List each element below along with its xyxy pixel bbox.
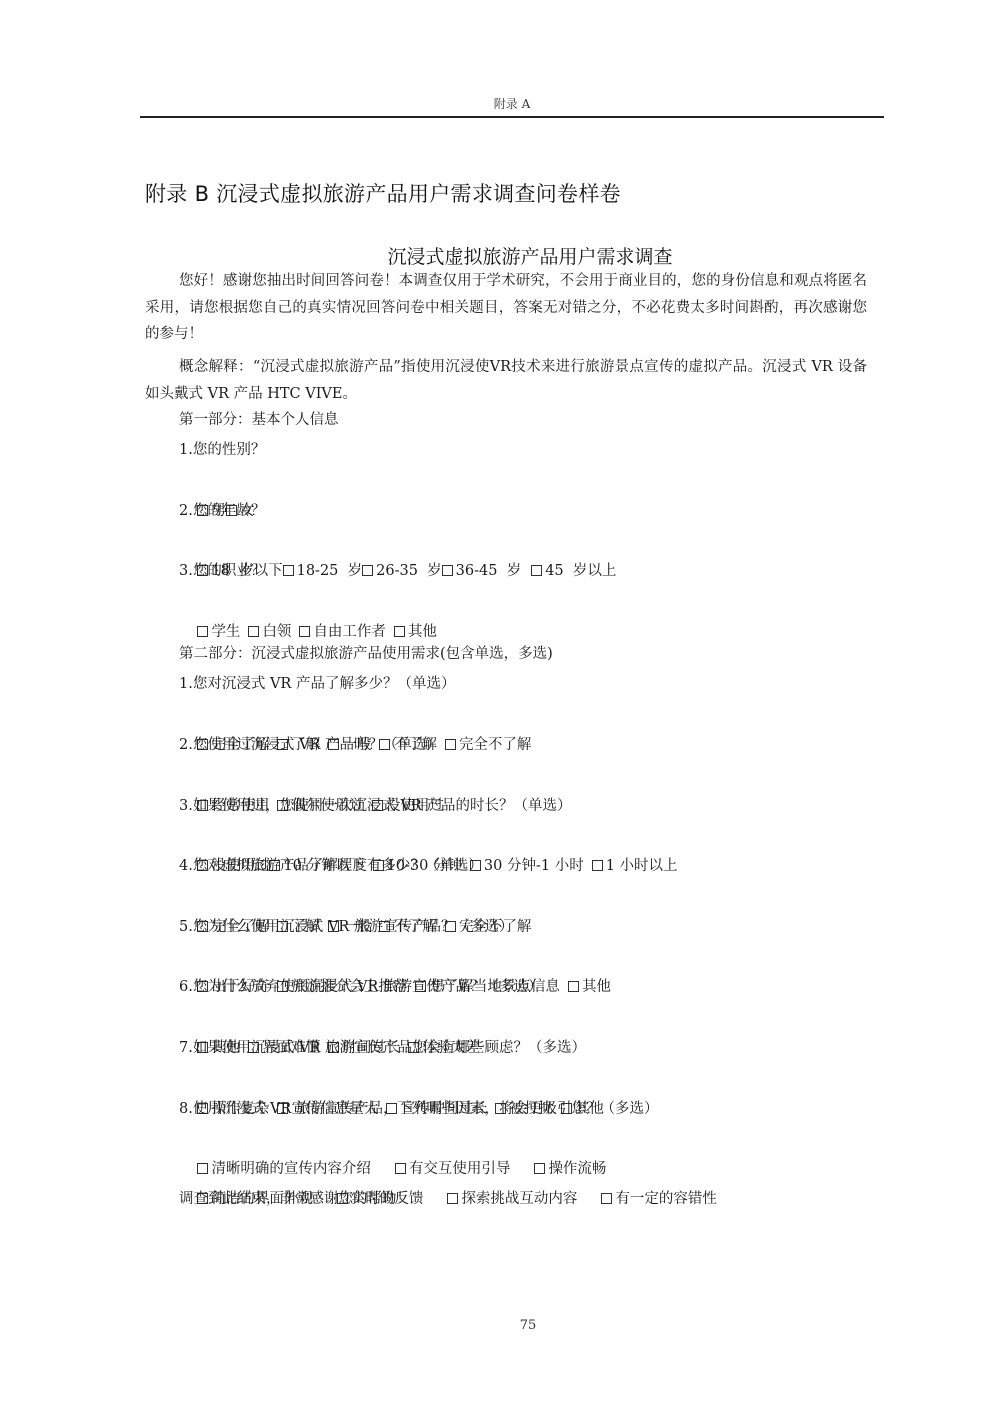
question: 6.您为什么放弃使用沉浸式 VR 旅游宣传产品？（多选） bbox=[179, 972, 725, 1002]
options-row: 学生白领自由工作者其他 bbox=[179, 587, 725, 617]
checkbox-icon[interactable] bbox=[299, 626, 310, 637]
intro-paragraph: 您好！感谢您抽出时间回答问卷！本调查仅用于学术研究，不会用于商业目的，您的身份信… bbox=[145, 268, 867, 348]
options-row: 出于好奇旅游推介会上推荐想了解当地景点信息其他 bbox=[179, 942, 725, 972]
question: 1.您的性别？ bbox=[179, 435, 725, 465]
checkbox-icon[interactable] bbox=[534, 1163, 545, 1174]
checkbox-icon[interactable] bbox=[568, 981, 579, 992]
question: 8.使用沉浸式 VR 旅游宣传产品，下列哪些因素，将会更吸引您？（多选） bbox=[179, 1094, 725, 1124]
question: 2.您的年龄？ bbox=[179, 496, 725, 526]
option[interactable]: 其他 bbox=[568, 972, 611, 1002]
options-row: 完全了解了解一般不了解完全不了解 bbox=[179, 700, 725, 730]
option[interactable]: 36-45 岁 bbox=[442, 556, 522, 586]
options-row: 18 岁以下18-25 岁26-35 岁36-45 岁45 岁以上 bbox=[179, 526, 725, 556]
question: 3.如果使用过，您使用一次沉浸式 VR 产品的时长？（单选） bbox=[179, 791, 725, 821]
options-row: 经常使用偶尔使用过没使用过 bbox=[179, 760, 725, 790]
checkbox-icon[interactable] bbox=[197, 1163, 208, 1174]
question: 5.您为什么使用沉浸式 VR 旅游宣传产品？（多选） bbox=[179, 912, 725, 942]
intro-block: 您好！感谢您抽出时间回答问卷！本调查仅用于学术研究，不会用于商业目的，您的身份信… bbox=[145, 268, 867, 348]
checkbox-icon[interactable] bbox=[592, 860, 603, 871]
option[interactable]: 清晰明确的宣传内容介绍 bbox=[197, 1154, 371, 1184]
options-row: 清晰明确的宣传内容介绍有交互使用引导操作流畅 bbox=[179, 1124, 725, 1154]
option[interactable]: 30 分钟-1 小时 bbox=[470, 851, 584, 881]
options-row: 其他界面难懂时间过长体验太差 bbox=[179, 1003, 725, 1033]
option[interactable]: 18-25 岁 bbox=[283, 556, 363, 586]
concept-paragraph: 概念解释：“沉浸式虚拟旅游产品”指使用沉浸使VR技术来进行旅游景点宣传的虚拟产品… bbox=[145, 354, 867, 407]
checkbox-icon[interactable] bbox=[394, 626, 405, 637]
checkbox-icon[interactable] bbox=[442, 565, 453, 576]
checkbox-icon[interactable] bbox=[283, 565, 294, 576]
checkbox-icon[interactable] bbox=[531, 565, 542, 576]
survey-title: 沉浸式虚拟旅游产品用户需求调查 bbox=[0, 242, 1000, 269]
checkbox-icon[interactable] bbox=[601, 1193, 612, 1204]
checkbox-icon[interactable] bbox=[395, 1163, 406, 1174]
question: 7.如果使用沉浸式 VR 旅游宣传产品您会有哪些顾虑？（多选） bbox=[179, 1033, 725, 1063]
options-row: 男女 bbox=[179, 466, 725, 496]
question: 1.您对沉浸式 VR 产品了解多少？（单选） bbox=[179, 669, 725, 699]
option[interactable]: 完全不了解 bbox=[445, 730, 532, 760]
concept-block: 概念解释：“沉浸式虚拟旅游产品”指使用沉浸使VR技术来进行旅游景点宣传的虚拟产品… bbox=[145, 354, 867, 407]
appendix-title: 附录 B 沉浸式虚拟旅游产品用户需求调查问卷样卷 bbox=[145, 178, 621, 208]
checkbox-icon[interactable] bbox=[445, 739, 456, 750]
running-header: 附录 A bbox=[140, 95, 884, 112]
option[interactable]: 26-35 岁 bbox=[362, 556, 442, 586]
checkbox-icon[interactable] bbox=[362, 565, 373, 576]
part1-heading: 第一部分：基本个人信息 bbox=[179, 405, 725, 435]
option[interactable]: 1 小时以上 bbox=[592, 851, 678, 881]
checkbox-icon[interactable] bbox=[447, 1193, 458, 1204]
page-number: 75 bbox=[0, 1318, 1000, 1333]
option[interactable]: 45 岁以上 bbox=[531, 556, 616, 586]
checkbox-icon[interactable] bbox=[197, 626, 208, 637]
options-row: 操作复杂宣传信息量大宣传时间过长被打扰其他 bbox=[179, 1063, 725, 1093]
questionnaire-body: 第一部分：基本个人信息 1.您的性别？ 男女 2.您的年龄？ 18 岁以下18-… bbox=[179, 405, 725, 1215]
options-row: 完全了解了解一般不了解完全不了解 bbox=[179, 881, 725, 911]
option[interactable]: 探索挑战互动内容 bbox=[447, 1184, 577, 1214]
checkbox-icon[interactable] bbox=[248, 626, 259, 637]
header-rule bbox=[140, 116, 884, 118]
option[interactable]: 有交互使用引导 bbox=[395, 1154, 511, 1184]
option[interactable]: 有一定的容错性 bbox=[601, 1184, 717, 1214]
option[interactable]: 操作流畅 bbox=[534, 1154, 606, 1184]
options-row: 没使用过10 分钟以下10-30 分钟30 分钟-1 小时1 小时以上 bbox=[179, 821, 725, 851]
part2-heading: 第二部分：沉浸式虚拟旅游产品使用需求(包含单选，多选) bbox=[179, 639, 725, 669]
